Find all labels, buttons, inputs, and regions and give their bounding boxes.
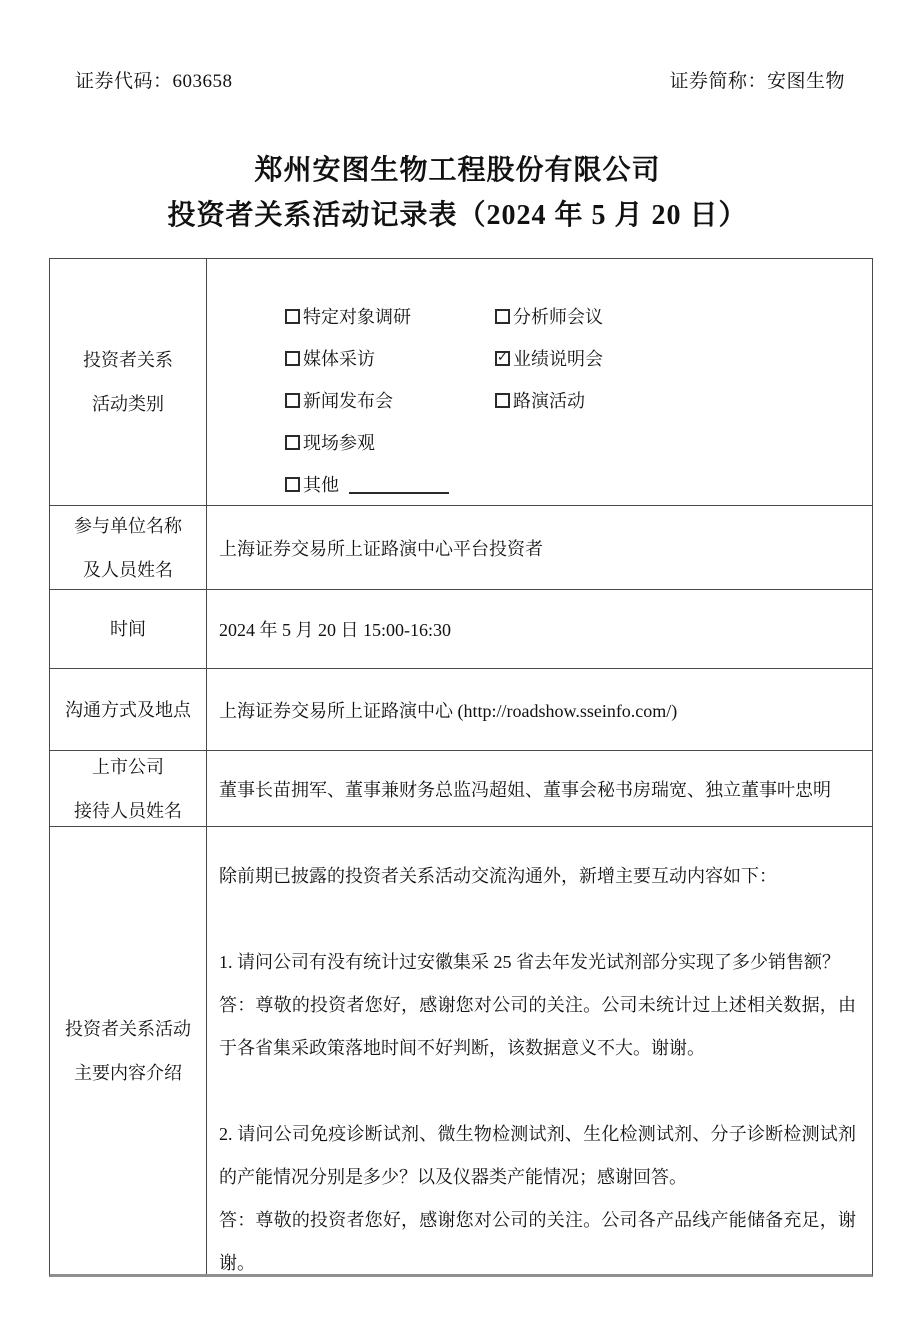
ir-activity-table: 投资者关系 活动类别 特定对象调研 分析师会议: [49, 258, 873, 1277]
content-answer-2: 答：尊敬的投资者您好，感谢您对公司的关注。公司各产品线产能储备充足，谢谢。: [219, 1199, 856, 1285]
hosts-value-cell: 董事长苗拥军、董事兼财务总监冯超姐、董事会秘书房瑞宽、独立董事叶忠明: [207, 751, 872, 826]
main-content-label: 投资者关系活动 主要内容介绍: [50, 827, 207, 1274]
hosts-row: 上市公司 接待人员姓名 董事长苗拥军、董事兼财务总监冯超姐、董事会秘书房瑞宽、独…: [50, 751, 872, 827]
company-name-title: 郑州安图生物工程股份有限公司: [0, 148, 915, 188]
document-page: 证券代码：603658 证券简称：安图生物 郑州安图生物工程股份有限公司 投资者…: [0, 0, 915, 1332]
hosts-value: 董事长苗拥军、董事兼财务总监冯超姐、董事会秘书房瑞宽、独立董事叶忠明: [219, 776, 856, 802]
document-header: 证券代码：603658 证券简称：安图生物: [75, 66, 845, 93]
content-intro: 除前期已披露的投资者关系活动交流沟通外，新增主要互动内容如下：: [219, 855, 856, 898]
option-line: 现场参观: [285, 421, 856, 463]
checkbox-icon[interactable]: [285, 351, 300, 366]
option-label: 其他: [303, 471, 339, 497]
participants-value: 上海证券交易所上证路演中心平台投资者: [219, 535, 856, 561]
content-question-1: 1. 请问公司有没有统计过安徽集采 25 省去年发光试剂部分实现了多少销售额？: [219, 941, 856, 984]
checkbox-option-specific-research: 特定对象调研: [285, 303, 495, 329]
method-location-value: 上海证券交易所上证路演中心 (http://roadshow.sseinfo.c…: [219, 697, 856, 723]
content-question-2: 2. 请问公司免疫诊断试剂、微生物检测试剂、生化检测试剂、分子诊断检测试剂的产能…: [219, 1113, 856, 1199]
option-label: 特定对象调研: [303, 303, 411, 329]
option-line: 媒体采访 业绩说明会: [285, 337, 856, 379]
option-label: 现场参观: [303, 429, 375, 455]
other-option-blank-line: [349, 475, 449, 494]
checkbox-icon[interactable]: [285, 435, 300, 450]
time-label: 时间: [50, 590, 207, 668]
checkbox-icon[interactable]: [285, 477, 300, 492]
participants-row: 参与单位名称 及人员姓名 上海证券交易所上证路演中心平台投资者: [50, 506, 872, 590]
option-label: 新闻发布会: [303, 387, 393, 413]
option-line: 其他: [285, 463, 856, 505]
checkbox-option-other: 其他: [285, 471, 339, 497]
method-location-row: 沟通方式及地点 上海证券交易所上证路演中心 (http://roadshow.s…: [50, 669, 872, 751]
checkbox-option-analyst-meeting: 分析师会议: [495, 303, 603, 329]
option-line: 新闻发布会 路演活动: [285, 379, 856, 421]
stock-short-name-label: 证券简称：安图生物: [669, 66, 845, 93]
checkbox-option-media-interview: 媒体采访: [285, 345, 495, 371]
content-answer-1: 答：尊敬的投资者您好，感谢您对公司的关注。公司未统计过上述相关数据，由于各省集采…: [219, 984, 856, 1070]
option-label: 分析师会议: [513, 303, 603, 329]
option-label: 业绩说明会: [513, 345, 603, 371]
hosts-label: 上市公司 接待人员姓名: [50, 751, 207, 826]
checkbox-option-site-visit: 现场参观: [285, 429, 495, 455]
checkbox-icon[interactable]: [285, 393, 300, 408]
time-value-cell: 2024 年 5 月 20 日 15:00-16:30: [207, 590, 872, 668]
activity-type-row: 投资者关系 活动类别 特定对象调研 分析师会议: [50, 259, 872, 506]
time-row: 时间 2024 年 5 月 20 日 15:00-16:30: [50, 590, 872, 669]
checkbox-option-results-briefing: 业绩说明会: [495, 345, 603, 371]
option-label: 路演活动: [513, 387, 585, 413]
main-content-row: 投资者关系活动 主要内容介绍 除前期已披露的投资者关系活动交流沟通外，新增主要互…: [50, 827, 872, 1274]
main-content-cell: 除前期已披露的投资者关系活动交流沟通外，新增主要互动内容如下： 1. 请问公司有…: [207, 827, 872, 1274]
checkbox-icon[interactable]: [495, 309, 510, 324]
checkbox-icon[interactable]: [495, 393, 510, 408]
participants-value-cell: 上海证券交易所上证路演中心平台投资者: [207, 506, 872, 589]
time-value: 2024 年 5 月 20 日 15:00-16:30: [219, 616, 856, 642]
method-location-value-cell: 上海证券交易所上证路演中心 (http://roadshow.sseinfo.c…: [207, 669, 872, 750]
stock-code-label: 证券代码：603658: [75, 66, 233, 93]
record-table-title: 投资者关系活动记录表（2024 年 5 月 20 日）: [0, 193, 915, 233]
checkbox-option-roadshow: 路演活动: [495, 387, 585, 413]
option-line: 特定对象调研 分析师会议: [285, 295, 856, 337]
checkbox-icon[interactable]: [285, 309, 300, 324]
activity-type-label: 投资者关系 活动类别: [50, 259, 207, 505]
method-location-label: 沟通方式及地点: [50, 669, 207, 750]
participants-label: 参与单位名称 及人员姓名: [50, 506, 207, 589]
checkbox-option-press-conference: 新闻发布会: [285, 387, 495, 413]
activity-type-options: 特定对象调研 分析师会议 媒体采访 业绩说明会: [207, 259, 872, 505]
option-label: 媒体采访: [303, 345, 375, 371]
checkbox-checked-icon[interactable]: [495, 351, 510, 366]
